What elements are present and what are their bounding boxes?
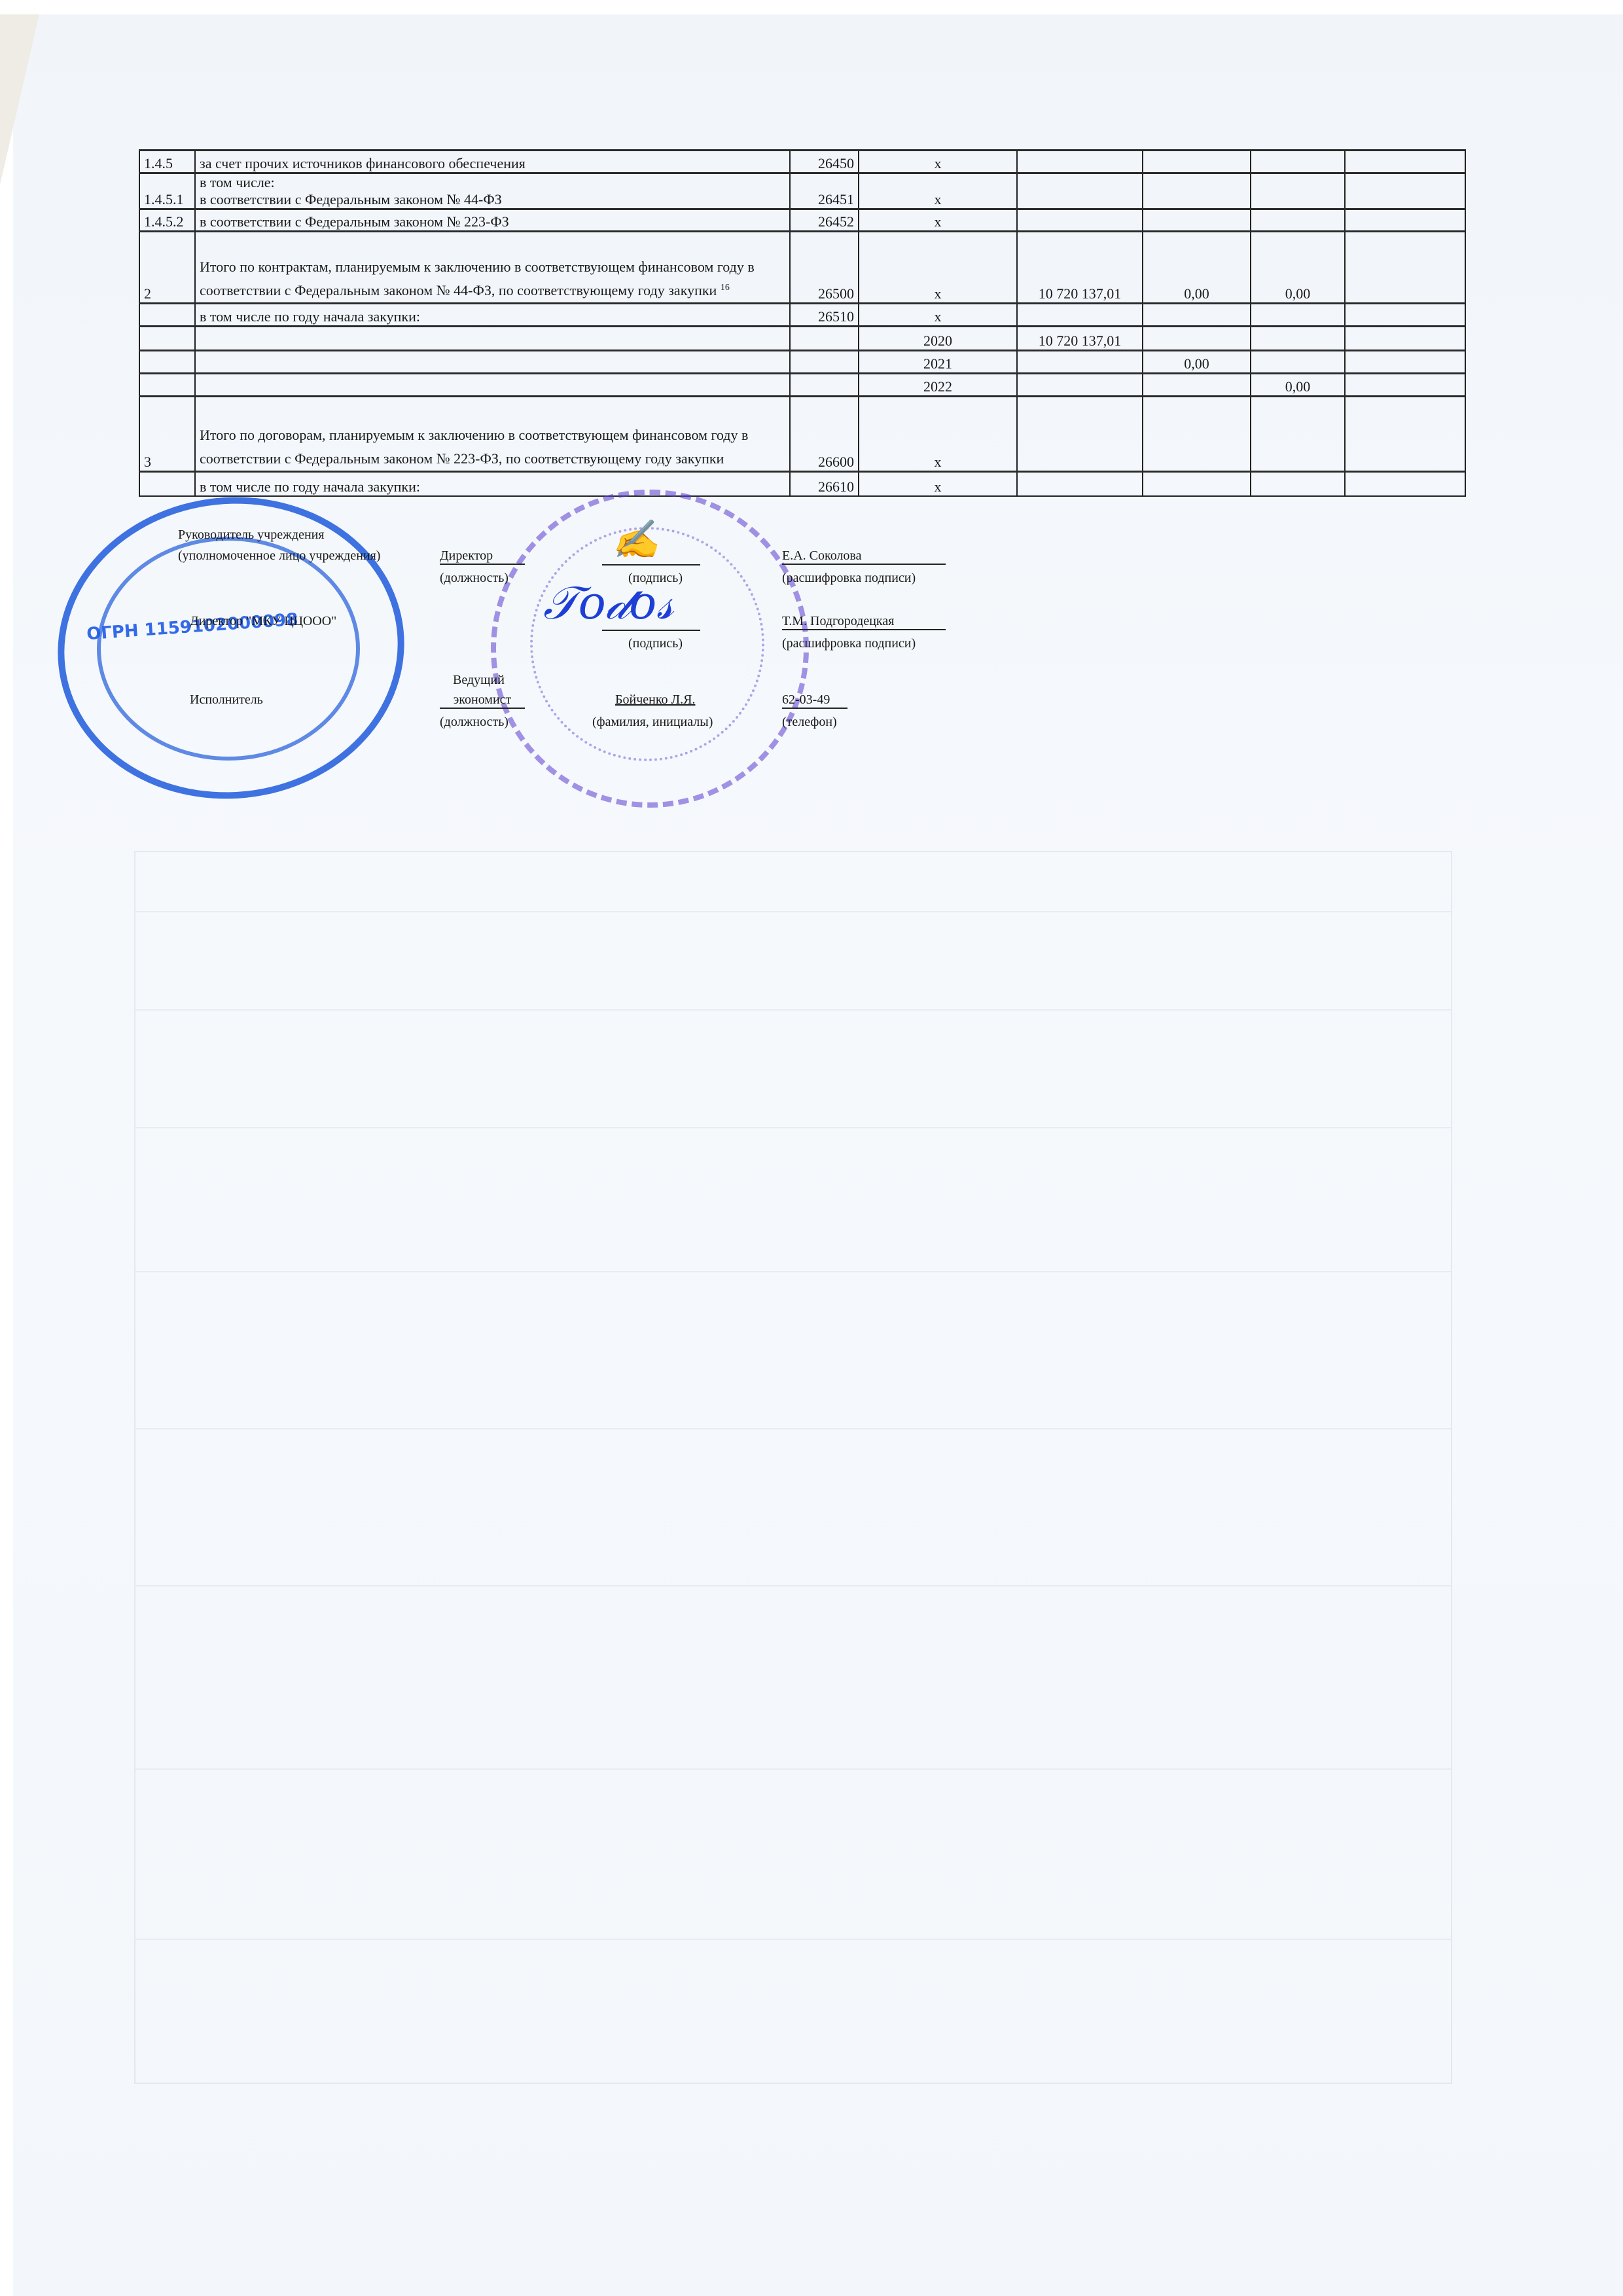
row-number — [139, 304, 195, 327]
value-2021 — [1143, 397, 1251, 472]
head-sublabel: (уполномоченное лицо учреждения) — [178, 548, 380, 564]
row-number — [139, 374, 195, 397]
row-description: Итого по договорам, планируемым к заключ… — [195, 397, 790, 472]
row-code — [790, 327, 859, 351]
row-year: x — [859, 209, 1017, 232]
value-2020: 10 720 137,01 — [1017, 327, 1143, 351]
value-extra — [1345, 209, 1465, 232]
row-year: 2021 — [859, 351, 1017, 374]
bleed-through-reverse-side — [134, 851, 1452, 2084]
row-description — [195, 351, 790, 374]
value-2022: 0,00 — [1251, 232, 1345, 304]
head-name: Е.А. Соколова — [782, 548, 946, 565]
value-extra — [1345, 327, 1465, 351]
value-2020 — [1017, 304, 1143, 327]
row-code: 26452 — [790, 209, 859, 232]
row-number: 1.4.5.1 — [139, 173, 195, 209]
executor-name: Бойченко Л.Я. — [615, 692, 695, 708]
row-year: x — [859, 232, 1017, 304]
second-label: Директор "МКУ ЦЦООО" — [190, 614, 336, 629]
row-description: в том числе по году начала закупки: — [195, 304, 790, 327]
row-code: 26610 — [790, 472, 859, 496]
row-description: Итого по контрактам, планируемым к заклю… — [195, 232, 790, 304]
row-code: 26500 — [790, 232, 859, 304]
row-number — [139, 351, 195, 374]
decode-caption: (расшифровка подписи) — [782, 636, 916, 651]
value-2022 — [1251, 327, 1345, 351]
value-2021 — [1143, 304, 1251, 327]
value-2020 — [1017, 351, 1143, 374]
row-year: 2020 — [859, 327, 1017, 351]
position-caption: (должность) — [440, 571, 508, 586]
procurement-table: 1.4.5 за счет прочих источников финансов… — [139, 149, 1466, 497]
value-2021 — [1143, 374, 1251, 397]
second-name: Т.М. Подгородецкая — [782, 614, 946, 630]
value-extra — [1345, 351, 1465, 374]
table-row: в том числе по году начала закупки: 2661… — [139, 472, 1465, 496]
row-code — [790, 351, 859, 374]
value-extra — [1345, 397, 1465, 472]
table-row: 2 Итого по контрактам, планируемым к зак… — [139, 232, 1465, 304]
head-label: Руководитель учреждения — [178, 528, 325, 543]
value-2020: 10 720 137,01 — [1017, 232, 1143, 304]
row-number — [139, 327, 195, 351]
value-2021: 0,00 — [1143, 351, 1251, 374]
value-2020 — [1017, 472, 1143, 496]
value-2022 — [1251, 351, 1345, 374]
value-extra — [1345, 304, 1465, 327]
value-2022 — [1251, 304, 1345, 327]
row-description — [195, 374, 790, 397]
value-2020 — [1017, 173, 1143, 209]
executor-position-line1: Ведущий — [453, 673, 505, 688]
row-year: 2022 — [859, 374, 1017, 397]
table-row: 1.4.5.2 в соответствии с Федеральным зак… — [139, 209, 1465, 232]
value-2022 — [1251, 209, 1345, 232]
footnote-mark: 16 — [721, 283, 730, 293]
row-description: в том числе:в соответствии с Федеральным… — [195, 173, 790, 209]
row-year: x — [859, 173, 1017, 209]
row-description: в соответствии с Федеральным законом № 2… — [195, 209, 790, 232]
value-2021 — [1143, 209, 1251, 232]
head-handwritten-signature: ✍ — [612, 517, 659, 562]
value-2021: 0,00 — [1143, 232, 1251, 304]
row-code: 26510 — [790, 304, 859, 327]
phone-caption: (телефон) — [782, 715, 837, 730]
value-2022 — [1251, 472, 1345, 496]
table-row: 1.4.5.1 в том числе:в соответствии с Фед… — [139, 173, 1465, 209]
row-description — [195, 327, 790, 351]
value-extra — [1345, 472, 1465, 496]
row-number — [139, 472, 195, 496]
row-description: за счет прочих источников финансового об… — [195, 151, 790, 173]
row-year: x — [859, 397, 1017, 472]
row-code: 26600 — [790, 397, 859, 472]
row-code: 26450 — [790, 151, 859, 173]
value-extra — [1345, 173, 1465, 209]
head-position: Директор — [440, 548, 525, 565]
executor-position-line2: экономист — [440, 692, 525, 709]
row-year: x — [859, 472, 1017, 496]
value-2021 — [1143, 472, 1251, 496]
row-number: 2 — [139, 232, 195, 304]
table-row: 3 Итого по договорам, планируемым к закл… — [139, 397, 1465, 472]
table-row: 2021 0,00 — [139, 351, 1465, 374]
table-row: в том числе по году начала закупки: 2651… — [139, 304, 1465, 327]
row-number: 1.4.5 — [139, 151, 195, 173]
executor-name-caption: (фамилия, инициалы) — [592, 715, 713, 730]
second-handwritten-signature: 𝒯𝑜𝒹𝑜𝓈 — [543, 576, 673, 630]
row-description: в том числе по году начала закупки: — [195, 472, 790, 496]
scan-margin — [0, 0, 1623, 14]
page-corner-fold — [0, 14, 39, 185]
value-2020 — [1017, 374, 1143, 397]
value-2021 — [1143, 173, 1251, 209]
value-2022 — [1251, 151, 1345, 173]
signature-caption: (подпись) — [628, 636, 683, 651]
value-2021 — [1143, 327, 1251, 351]
table-row: 2020 10 720 137,01 — [139, 327, 1465, 351]
row-number: 1.4.5.2 — [139, 209, 195, 232]
value-2020 — [1017, 209, 1143, 232]
row-number: 3 — [139, 397, 195, 472]
value-2022 — [1251, 397, 1345, 472]
value-2020 — [1017, 151, 1143, 173]
row-description-prefix: в том числе: — [200, 174, 785, 191]
executor-phone: 62-03-49 — [782, 692, 847, 709]
value-extra — [1345, 232, 1465, 304]
row-year: x — [859, 304, 1017, 327]
value-2022: 0,00 — [1251, 374, 1345, 397]
row-code — [790, 374, 859, 397]
value-extra — [1345, 374, 1465, 397]
value-extra — [1345, 151, 1465, 173]
table-row: 1.4.5 за счет прочих источников финансов… — [139, 151, 1465, 173]
executor-label: Исполнитель — [190, 692, 263, 708]
row-year: x — [859, 151, 1017, 173]
value-2020 — [1017, 397, 1143, 472]
value-2022 — [1251, 173, 1345, 209]
position-caption: (должность) — [440, 715, 508, 730]
row-code: 26451 — [790, 173, 859, 209]
value-2021 — [1143, 151, 1251, 173]
table-row: 2022 0,00 — [139, 374, 1465, 397]
decode-caption: (расшифровка подписи) — [782, 571, 916, 586]
